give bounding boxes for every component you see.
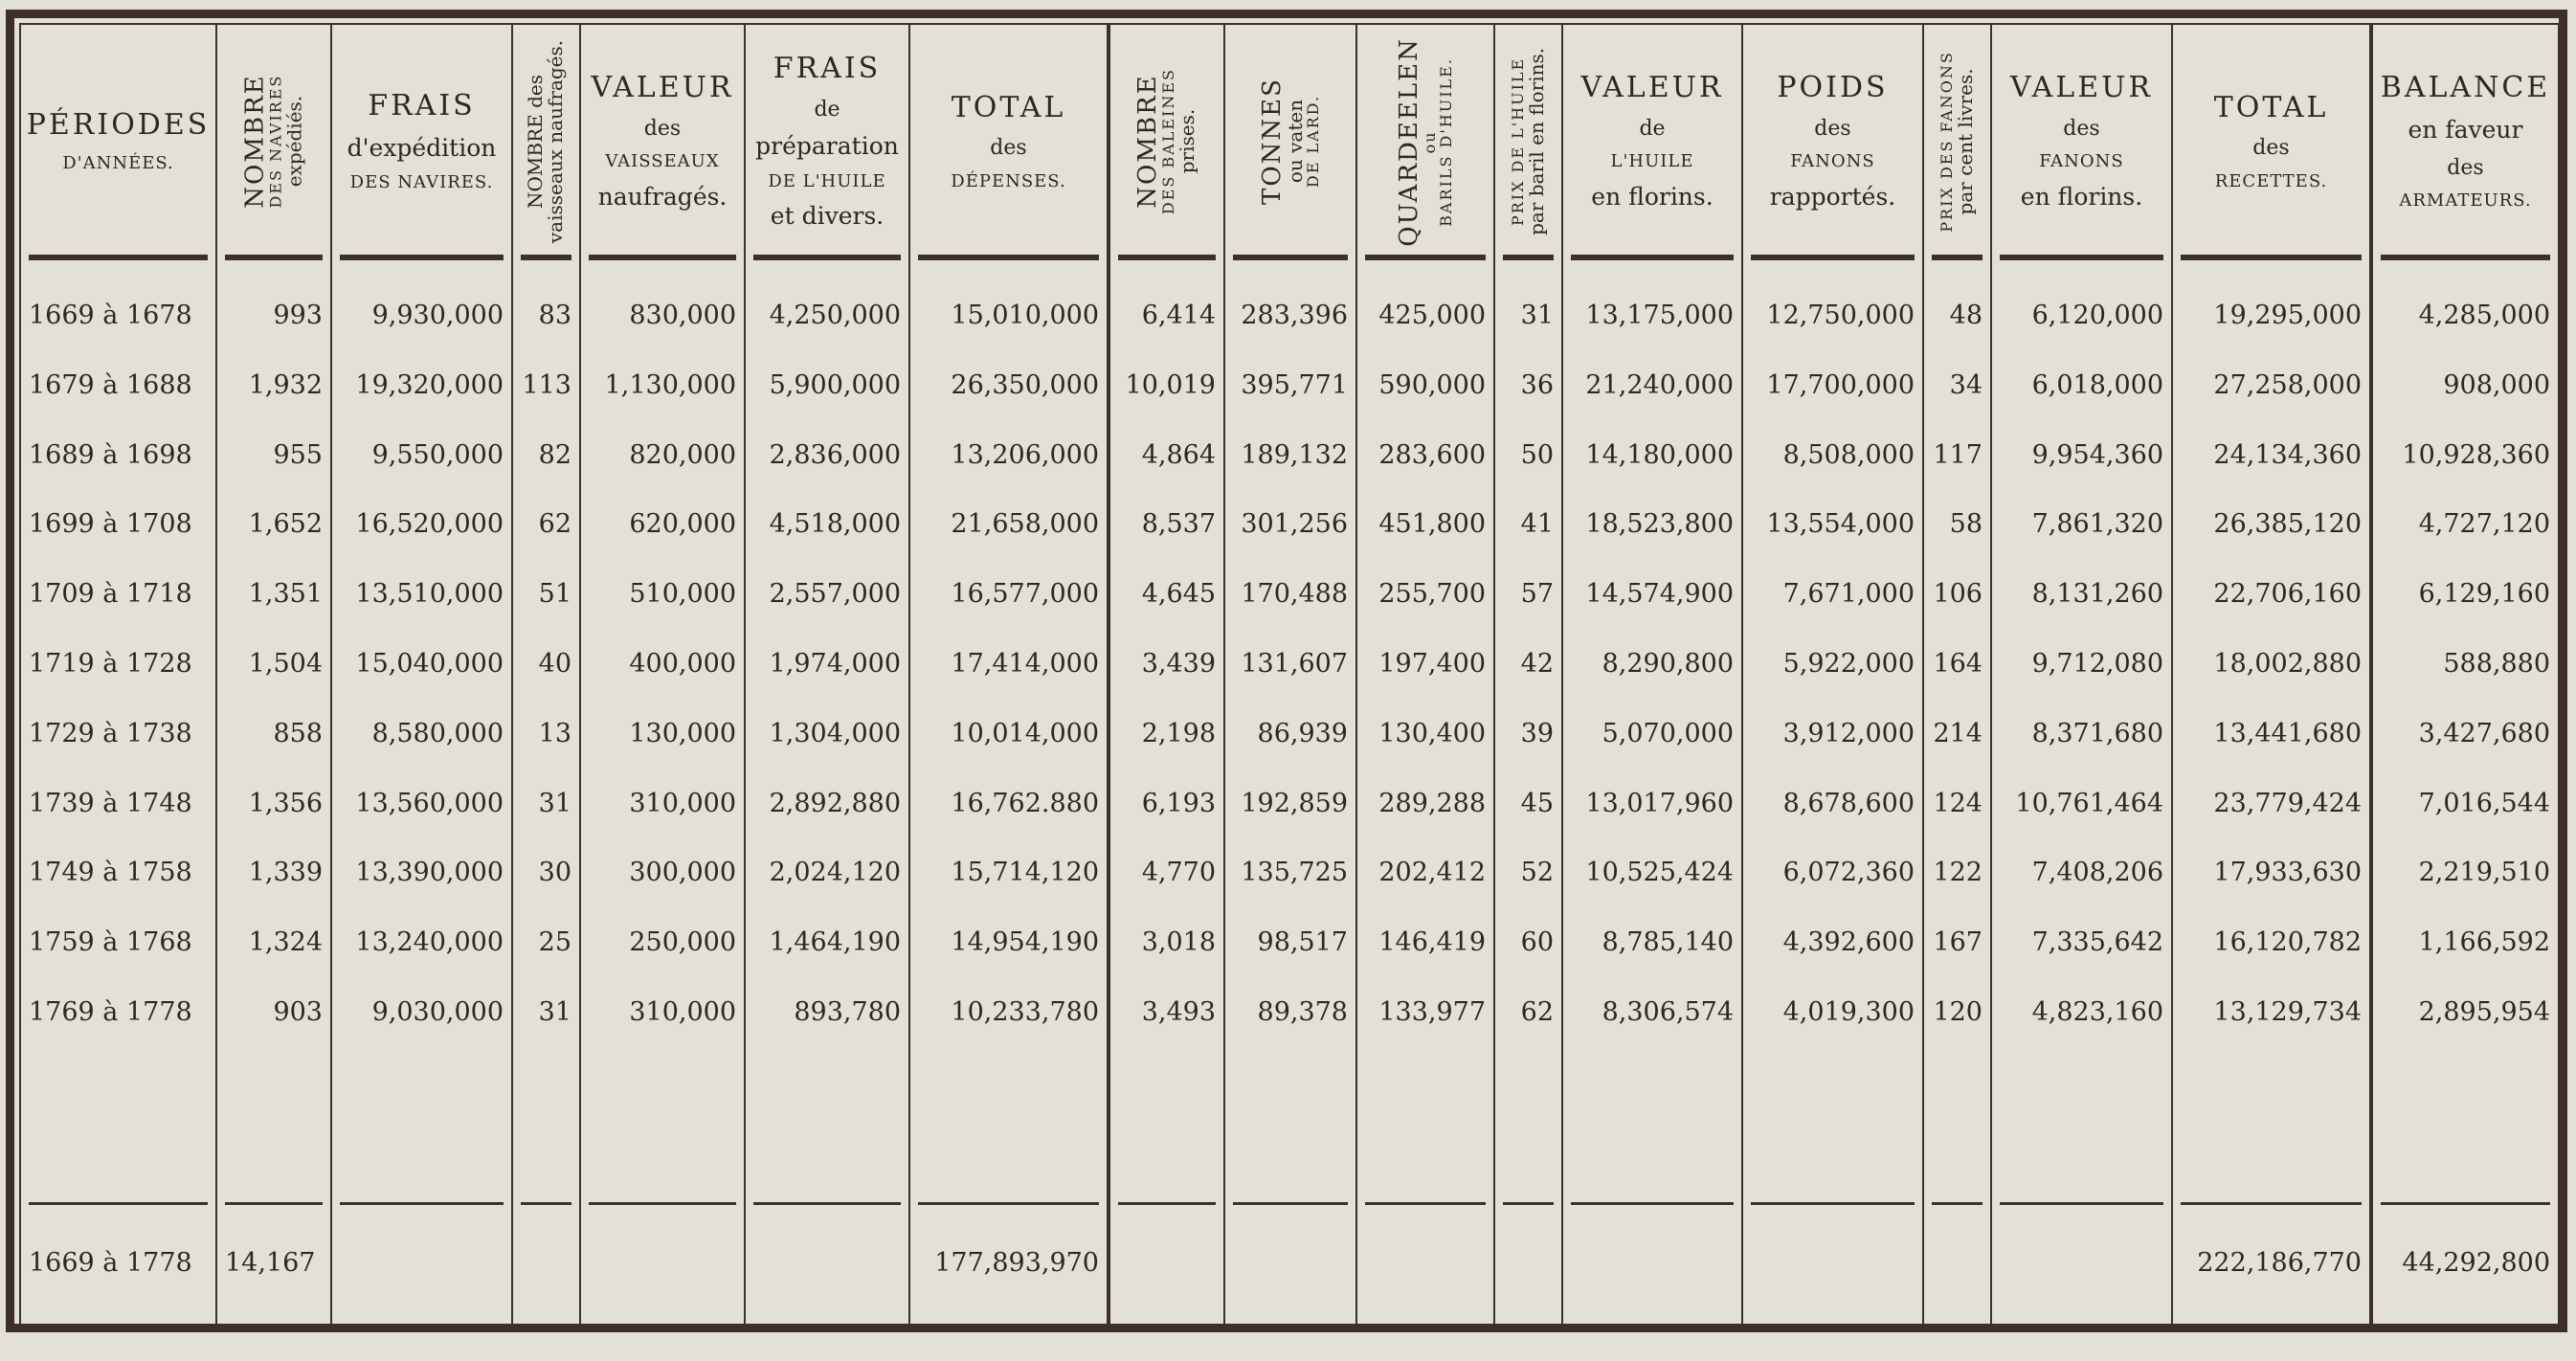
table-cell: 1,166,592 xyxy=(2379,924,2550,962)
header-text: rapportés. xyxy=(1770,184,1895,212)
column-navires: NOMBREDES NAVIRESexpédiés.9931,9329551,6… xyxy=(217,25,332,1325)
table-cell: 192,859 xyxy=(1231,785,1348,823)
table-cell: 1669 à 1678 xyxy=(29,297,208,335)
header-text: des xyxy=(2063,117,2099,141)
table-cell: 9,030,000 xyxy=(338,993,504,1032)
table-cell: 130,000 xyxy=(587,715,736,753)
table-cell: 1769 à 1778 xyxy=(29,993,208,1032)
table-cell: 7,671,000 xyxy=(1749,575,1915,614)
totals-cell xyxy=(751,1244,901,1283)
table-cell: 13,560,000 xyxy=(338,785,504,823)
header-text: FRAIS xyxy=(368,90,475,123)
table-cell: 4,250,000 xyxy=(751,297,901,335)
table-cell: 16,577,000 xyxy=(916,575,1099,614)
table-cell: 51 xyxy=(519,575,571,614)
table-cell: 25 xyxy=(519,924,571,962)
table-cell: 4,770 xyxy=(1116,854,1216,892)
table-cell: 1679 à 1688 xyxy=(29,367,208,405)
table-cell: 3,493 xyxy=(1116,993,1216,1032)
table-cell: 13,441,680 xyxy=(2179,715,2362,753)
table-cell: 310,000 xyxy=(587,785,736,823)
header-text: vaisseaux naufragés. xyxy=(547,40,567,243)
column-header-tonnes: TONNESou vatenDE LARD. xyxy=(1225,25,1355,258)
header-text: DE LARD. xyxy=(1306,95,1322,188)
table-cell: 15,010,000 xyxy=(916,297,1099,335)
totals-divider xyxy=(2181,1202,2362,1205)
table-cell: 48 xyxy=(1930,297,1982,335)
table-cell: 117 xyxy=(1930,436,1982,475)
table-cell: 14,954,190 xyxy=(916,924,1099,962)
table-cell: 1,974,000 xyxy=(751,645,901,683)
totals-divider xyxy=(1751,1202,1915,1205)
header-text: DES NAVIRES. xyxy=(350,173,494,193)
totals-divider xyxy=(340,1202,504,1205)
table-cell: 820,000 xyxy=(587,436,736,475)
table-cell: 1,652 xyxy=(223,505,323,544)
header-text: RECETTES. xyxy=(2215,172,2328,192)
totals-cell xyxy=(1501,1244,1554,1283)
table-cell: 301,256 xyxy=(1231,505,1348,544)
header-text: BALANCE xyxy=(2381,72,2550,105)
header-text: ou vaten xyxy=(1286,100,1306,183)
header-text: naufragés. xyxy=(598,184,728,212)
table-cell: 16,120,782 xyxy=(2179,924,2362,962)
table-cell: 4,727,120 xyxy=(2379,505,2550,544)
totals-cell: 44,292,800 xyxy=(2379,1244,2550,1283)
column-poids_fanons: POIDSdesFANONSrapportés.12,750,00017,700… xyxy=(1743,25,1924,1325)
table-cell: 16,520,000 xyxy=(338,505,504,544)
column-header-balance: BALANCEen faveurdesARMATEURS. xyxy=(2373,25,2558,258)
table-cell: 18,002,880 xyxy=(2179,645,2362,683)
totals-divider xyxy=(225,1202,323,1205)
table-cell: 893,780 xyxy=(751,993,901,1032)
table-cell: 8,371,680 xyxy=(1998,715,2163,753)
totals-cell: 1669 à 1778 xyxy=(29,1244,208,1283)
table-cell: 310,000 xyxy=(587,993,736,1032)
table-cell: 2,219,510 xyxy=(2379,854,2550,892)
column-header-navires: NOMBREDES NAVIRESexpédiés. xyxy=(217,25,330,258)
table-cell: 83 xyxy=(519,297,571,335)
table-cell: 1,351 xyxy=(223,575,323,614)
table-cell: 300,000 xyxy=(587,854,736,892)
column-frais_prep: FRAISdepréparationDE L'HUILEet divers.4,… xyxy=(746,25,910,1325)
table-cell: 146,419 xyxy=(1363,924,1486,962)
table-cell: 590,000 xyxy=(1363,367,1486,405)
column-header-naufrages: NOMBRE desvaisseaux naufragés. xyxy=(513,25,579,258)
header-divider xyxy=(2381,255,2550,260)
header-text: FRAIS xyxy=(773,53,881,86)
table-cell: 1699 à 1708 xyxy=(29,505,208,544)
table-cell: 3,018 xyxy=(1116,924,1216,962)
table-cell: 170,488 xyxy=(1231,575,1348,614)
header-text: des xyxy=(2252,136,2289,160)
table-cell: 12,750,000 xyxy=(1749,297,1915,335)
column-valeur_fanons: VALEURdesFANONSen florins.6,120,0006,018… xyxy=(1992,25,2173,1325)
header-text: expédiés. xyxy=(285,96,305,187)
table-cell: 17,933,630 xyxy=(2179,854,2362,892)
header-text: POIDS xyxy=(1777,72,1888,105)
table-cell: 13,175,000 xyxy=(1569,297,1734,335)
table-cell: 10,019 xyxy=(1116,367,1216,405)
header-text: prises. xyxy=(1178,109,1198,173)
header-text: L'HUILE xyxy=(1611,152,1694,172)
table-cell: 189,132 xyxy=(1231,436,1348,475)
header-text: DE L'HUILE xyxy=(768,172,885,192)
totals-cell xyxy=(1569,1244,1734,1283)
table-cell: 60 xyxy=(1501,924,1554,962)
table-cell: 400,000 xyxy=(587,645,736,683)
table-cell: 6,193 xyxy=(1116,785,1216,823)
table-cell: 34 xyxy=(1930,367,1982,405)
column-header-valeur_fanons: VALEURdesFANONSen florins. xyxy=(1992,25,2171,258)
table-cell: 4,645 xyxy=(1116,575,1216,614)
totals-divider xyxy=(521,1202,571,1205)
table-cell: 58 xyxy=(1930,505,1982,544)
table-cell: 40 xyxy=(519,645,571,683)
totals-cell: 177,893,970 xyxy=(916,1244,1099,1283)
table-cell: 4,823,160 xyxy=(1998,993,2163,1032)
table-cell: 23,779,424 xyxy=(2179,785,2362,823)
column-header-total_depenses: TOTALdesDÉPENSES. xyxy=(910,25,1107,258)
table-cell: 255,700 xyxy=(1363,575,1486,614)
header-text: par cent livres. xyxy=(1955,68,1975,214)
table-cell: 8,580,000 xyxy=(338,715,504,753)
table-cell: 9,712,080 xyxy=(1998,645,2163,683)
table-cell: 1,504 xyxy=(223,645,323,683)
table-cell: 36 xyxy=(1501,367,1554,405)
header-text: TOTAL xyxy=(952,92,1066,125)
header-divider xyxy=(2181,255,2362,260)
header-text: de xyxy=(1639,117,1665,141)
table-cell: 1,932 xyxy=(223,367,323,405)
table-cell: 18,523,800 xyxy=(1569,505,1734,544)
table-cell: 21,240,000 xyxy=(1569,367,1734,405)
table-cell: 2,895,954 xyxy=(2379,993,2550,1032)
table-cell: 1,356 xyxy=(223,785,323,823)
table-cell: 908,000 xyxy=(2379,367,2550,405)
totals-cell xyxy=(1930,1244,1982,1283)
header-text: DÉPENSES. xyxy=(951,172,1065,192)
table-cell: 30 xyxy=(519,854,571,892)
column-baleines: NOMBREDES BALEINESprises.6,41410,0194,86… xyxy=(1110,25,1225,1325)
table-cell: 41 xyxy=(1501,505,1554,544)
table-cell: 2,198 xyxy=(1116,715,1216,753)
table-cell: 21,658,000 xyxy=(916,505,1099,544)
table-cell: 202,412 xyxy=(1363,854,1486,892)
table-cell: 858 xyxy=(223,715,323,753)
table-cell: 52 xyxy=(1501,854,1554,892)
table-cell: 82 xyxy=(519,436,571,475)
table-cell: 15,714,120 xyxy=(916,854,1099,892)
table-cell: 1,339 xyxy=(223,854,323,892)
table-cell: 6,072,360 xyxy=(1749,854,1915,892)
document-page: PÉRIODESD'ANNÉES.1669 à 16781679 à 16881… xyxy=(0,0,2576,1361)
header-text: NOMBRE xyxy=(1135,75,1161,209)
table-cell: 214 xyxy=(1930,715,1982,753)
header-text: VALEUR xyxy=(2010,72,2153,105)
header-text: VALEUR xyxy=(1581,72,1724,105)
column-prix_fanons: PRIX DES FANONSpar cent livres.483411758… xyxy=(1924,25,1992,1325)
column-total_recettes: TOTALdesRECETTES.19,295,00027,258,00024,… xyxy=(2173,25,2373,1325)
table-cell: 13,240,000 xyxy=(338,924,504,962)
column-header-baleines: NOMBREDES BALEINESprises. xyxy=(1110,25,1223,258)
table-cell: 2,024,120 xyxy=(751,854,901,892)
header-text: des xyxy=(1814,117,1850,141)
table-cell: 510,000 xyxy=(587,575,736,614)
table-cell: 1719 à 1728 xyxy=(29,645,208,683)
table-cell: 17,414,000 xyxy=(916,645,1099,683)
totals-cell xyxy=(338,1244,504,1283)
column-header-total_recettes: TOTALdesRECETTES. xyxy=(2173,25,2369,258)
table-cell: 4,019,300 xyxy=(1749,993,1915,1032)
table-cell: 19,320,000 xyxy=(338,367,504,405)
header-divider xyxy=(1118,255,1216,260)
table-cell: 250,000 xyxy=(587,924,736,962)
header-text: VALEUR xyxy=(592,72,734,105)
column-periodes: PÉRIODESD'ANNÉES.1669 à 16781679 à 16881… xyxy=(21,25,217,1325)
header-text: et divers. xyxy=(771,203,884,231)
table-cell: 993 xyxy=(223,297,323,335)
table-cell: 62 xyxy=(519,505,571,544)
table-cell: 9,954,360 xyxy=(1998,436,2163,475)
header-divider xyxy=(225,255,323,260)
table-cell: 86,939 xyxy=(1231,715,1348,753)
totals-divider xyxy=(29,1202,208,1205)
table-cell: 8,508,000 xyxy=(1749,436,1915,475)
table-cell: 5,070,000 xyxy=(1569,715,1734,753)
table-cell: 7,408,206 xyxy=(1998,854,2163,892)
header-text: de xyxy=(814,98,840,122)
table-cell: 8,131,260 xyxy=(1998,575,2163,614)
header-text: QUARDEELEN xyxy=(1397,37,1422,247)
table-cell: 10,233,780 xyxy=(916,993,1099,1032)
header-text: FANONS xyxy=(2039,152,2124,172)
header-divider xyxy=(1365,255,1486,260)
table-cell: 2,557,000 xyxy=(751,575,901,614)
column-total_depenses: TOTALdesDÉPENSES.15,010,00026,350,00013,… xyxy=(910,25,1110,1325)
table-cell: 89,378 xyxy=(1231,993,1348,1032)
table-cell: 8,290,800 xyxy=(1569,645,1734,683)
table-cell: 6,018,000 xyxy=(1998,367,2163,405)
column-valeur_huile: VALEURdeL'HUILEen florins.13,175,00021,2… xyxy=(1563,25,1743,1325)
table-cell: 6,120,000 xyxy=(1998,297,2163,335)
totals-cell: 14,167 xyxy=(225,1244,323,1283)
column-header-frais_exp: FRAISd'expéditionDES NAVIRES. xyxy=(332,25,511,258)
table-cell: 13,390,000 xyxy=(338,854,504,892)
totals-cell: 222,186,770 xyxy=(2179,1244,2362,1283)
table-cell: 14,574,900 xyxy=(1569,575,1734,614)
table-cell: 8,306,574 xyxy=(1569,993,1734,1032)
table-cell: 13,554,000 xyxy=(1749,505,1915,544)
table-cell: 289,288 xyxy=(1363,785,1486,823)
totals-divider xyxy=(1365,1202,1486,1205)
table-cell: 22,706,160 xyxy=(2179,575,2362,614)
table-cell: 39 xyxy=(1501,715,1554,753)
table-cell: 13,510,000 xyxy=(338,575,504,614)
column-header-valeur_huile: VALEURdeL'HUILEen florins. xyxy=(1563,25,1741,258)
header-divider xyxy=(1751,255,1915,260)
table-cell: 50 xyxy=(1501,436,1554,475)
table-cell: 19,295,000 xyxy=(2179,297,2362,335)
header-text: en florins. xyxy=(1591,184,1713,212)
table-cell: 4,518,000 xyxy=(751,505,901,544)
table-cell: 1709 à 1718 xyxy=(29,575,208,614)
table-cell: 830,000 xyxy=(587,297,736,335)
column-valeur_vaisseaux: VALEURdesVAISSEAUXnaufragés.830,0001,130… xyxy=(581,25,746,1325)
header-divider xyxy=(1571,255,1734,260)
table-cell: 62 xyxy=(1501,993,1554,1032)
table-cell: 1,304,000 xyxy=(751,715,901,753)
totals-divider xyxy=(2381,1202,2550,1205)
table-cell: 620,000 xyxy=(587,505,736,544)
table-cell: 6,129,160 xyxy=(2379,575,2550,614)
table-cell: 113 xyxy=(519,367,571,405)
table-cell: 5,900,000 xyxy=(751,367,901,405)
table-cell: 8,785,140 xyxy=(1569,924,1734,962)
table-cell: 425,000 xyxy=(1363,297,1486,335)
table-cell: 2,836,000 xyxy=(751,436,901,475)
table-cell: 4,392,600 xyxy=(1749,924,1915,962)
column-balance: BALANCEen faveurdesARMATEURS.4,285,00090… xyxy=(2373,25,2558,1325)
header-text: préparation xyxy=(755,133,899,161)
table-cell: 10,014,000 xyxy=(916,715,1099,753)
header-text: NOMBRE xyxy=(242,75,268,209)
header-text: FANONS xyxy=(1790,152,1875,172)
table-cell: 31 xyxy=(1501,297,1554,335)
table-cell: 45 xyxy=(1501,785,1554,823)
header-text: VAISSEAUX xyxy=(605,152,719,172)
column-header-poids_fanons: POIDSdesFANONSrapportés. xyxy=(1743,25,1922,258)
header-text: TONNES xyxy=(1259,78,1285,206)
totals-divider xyxy=(1503,1202,1554,1205)
table-cell: 167 xyxy=(1930,924,1982,962)
column-header-periodes: PÉRIODESD'ANNÉES. xyxy=(21,25,215,258)
table-cell: 9,930,000 xyxy=(338,297,504,335)
table-cell: 7,016,544 xyxy=(2379,785,2550,823)
table-cell: 5,922,000 xyxy=(1749,645,1915,683)
totals-cell xyxy=(1363,1244,1486,1283)
header-divider xyxy=(521,255,571,260)
column-header-quardeelen: QUARDEELENouBARILS D'HUILE. xyxy=(1357,25,1493,258)
totals-cell xyxy=(1749,1244,1915,1283)
totals-divider xyxy=(2000,1202,2163,1205)
table-cell: 7,861,320 xyxy=(1998,505,2163,544)
table-cell: 6,414 xyxy=(1116,297,1216,335)
table-cell: 13,206,000 xyxy=(916,436,1099,475)
table-cell: 1759 à 1768 xyxy=(29,924,208,962)
table-cell: 133,977 xyxy=(1363,993,1486,1032)
table-cell: 164 xyxy=(1930,645,1982,683)
table-cell: 24,134,360 xyxy=(2179,436,2362,475)
table-cell: 15,040,000 xyxy=(338,645,504,683)
header-divider xyxy=(753,255,901,260)
column-quardeelen: QUARDEELENouBARILS D'HUILE.425,000590,00… xyxy=(1357,25,1495,1325)
table-cell: 130,400 xyxy=(1363,715,1486,753)
header-text: des xyxy=(2447,156,2483,180)
table-cell: 197,400 xyxy=(1363,645,1486,683)
table-cell: 42 xyxy=(1501,645,1554,683)
header-text: TOTAL xyxy=(2214,92,2329,125)
table-cell: 283,396 xyxy=(1231,297,1348,335)
totals-cell xyxy=(1998,1244,2163,1283)
totals-divider xyxy=(753,1202,901,1205)
table-cell: 10,525,424 xyxy=(1569,854,1734,892)
table-cell: 1,464,190 xyxy=(751,924,901,962)
column-header-frais_prep: FRAISdepréparationDE L'HUILEet divers. xyxy=(746,25,908,258)
table-cell: 395,771 xyxy=(1231,367,1348,405)
table-cell: 14,180,000 xyxy=(1569,436,1734,475)
table-cell: 57 xyxy=(1501,575,1554,614)
header-divider xyxy=(918,255,1099,260)
header-text: PRIX DE L'HUILE xyxy=(1511,57,1527,226)
header-divider xyxy=(589,255,736,260)
header-text: PÉRIODES xyxy=(27,109,211,143)
column-tonnes: TONNESou vatenDE LARD.283,396395,771189,… xyxy=(1225,25,1357,1325)
header-divider xyxy=(1932,255,1982,260)
table-cell: 451,800 xyxy=(1363,505,1486,544)
table-cell: 31 xyxy=(519,993,571,1032)
column-prix_huile: PRIX DE L'HUILEpar baril en florins.3136… xyxy=(1495,25,1563,1325)
totals-divider xyxy=(918,1202,1099,1205)
totals-cell xyxy=(1116,1244,1216,1283)
table-cell: 13,129,734 xyxy=(2179,993,2362,1032)
column-header-prix_fanons: PRIX DES FANONSpar cent livres. xyxy=(1924,25,1990,258)
totals-cell xyxy=(587,1244,736,1283)
table-cell: 3,427,680 xyxy=(2379,715,2550,753)
header-text: en florins. xyxy=(2021,184,2142,212)
table-cell: 3,439 xyxy=(1116,645,1216,683)
table-cell: 1,130,000 xyxy=(587,367,736,405)
header-text: d'expédition xyxy=(347,135,497,163)
table-cell: 3,912,000 xyxy=(1749,715,1915,753)
table-cell: 135,725 xyxy=(1231,854,1348,892)
table-cell: 120 xyxy=(1930,993,1982,1032)
header-text: par baril en florins. xyxy=(1526,48,1546,235)
table-cell: 13 xyxy=(519,715,571,753)
header-divider xyxy=(1503,255,1554,260)
table-cell: 17,700,000 xyxy=(1749,367,1915,405)
table-cell: 1729 à 1738 xyxy=(29,715,208,753)
table-cell: 9,550,000 xyxy=(338,436,504,475)
table-cell: 10,761,464 xyxy=(1998,785,2163,823)
table-cell: 4,864 xyxy=(1116,436,1216,475)
column-naufrages: NOMBRE desvaisseaux naufragés.8311382625… xyxy=(513,25,581,1325)
table-cell: 122 xyxy=(1930,854,1982,892)
table-cell: 1749 à 1758 xyxy=(29,854,208,892)
table-cell: 8,537 xyxy=(1116,505,1216,544)
table-cell: 2,892,880 xyxy=(751,785,901,823)
column-header-valeur_vaisseaux: VALEURdesVAISSEAUXnaufragés. xyxy=(581,25,744,258)
totals-divider xyxy=(1118,1202,1216,1205)
table-cell: 26,350,000 xyxy=(916,367,1099,405)
header-text: ARMATEURS. xyxy=(2399,191,2531,212)
totals-cell xyxy=(1231,1244,1348,1283)
table-cell: 588,880 xyxy=(2379,645,2550,683)
table-cell: 1689 à 1698 xyxy=(29,436,208,475)
table-cell: 31 xyxy=(519,785,571,823)
table-cell: 283,600 xyxy=(1363,436,1486,475)
column-frais_exp: FRAISd'expéditionDES NAVIRES.9,930,00019… xyxy=(332,25,513,1325)
table-cell: 8,678,600 xyxy=(1749,785,1915,823)
header-text: BARILS D'HUILE. xyxy=(1439,57,1455,227)
table-cell: 7,335,642 xyxy=(1998,924,2163,962)
totals-cell xyxy=(519,1244,571,1283)
totals-divider xyxy=(1233,1202,1348,1205)
table-cell: 16,762.880 xyxy=(916,785,1099,823)
table-cell: 903 xyxy=(223,993,323,1032)
whaling-statistics-table: PÉRIODESD'ANNÉES.1669 à 16781679 à 16881… xyxy=(21,25,2558,1325)
totals-divider xyxy=(1932,1202,1982,1205)
